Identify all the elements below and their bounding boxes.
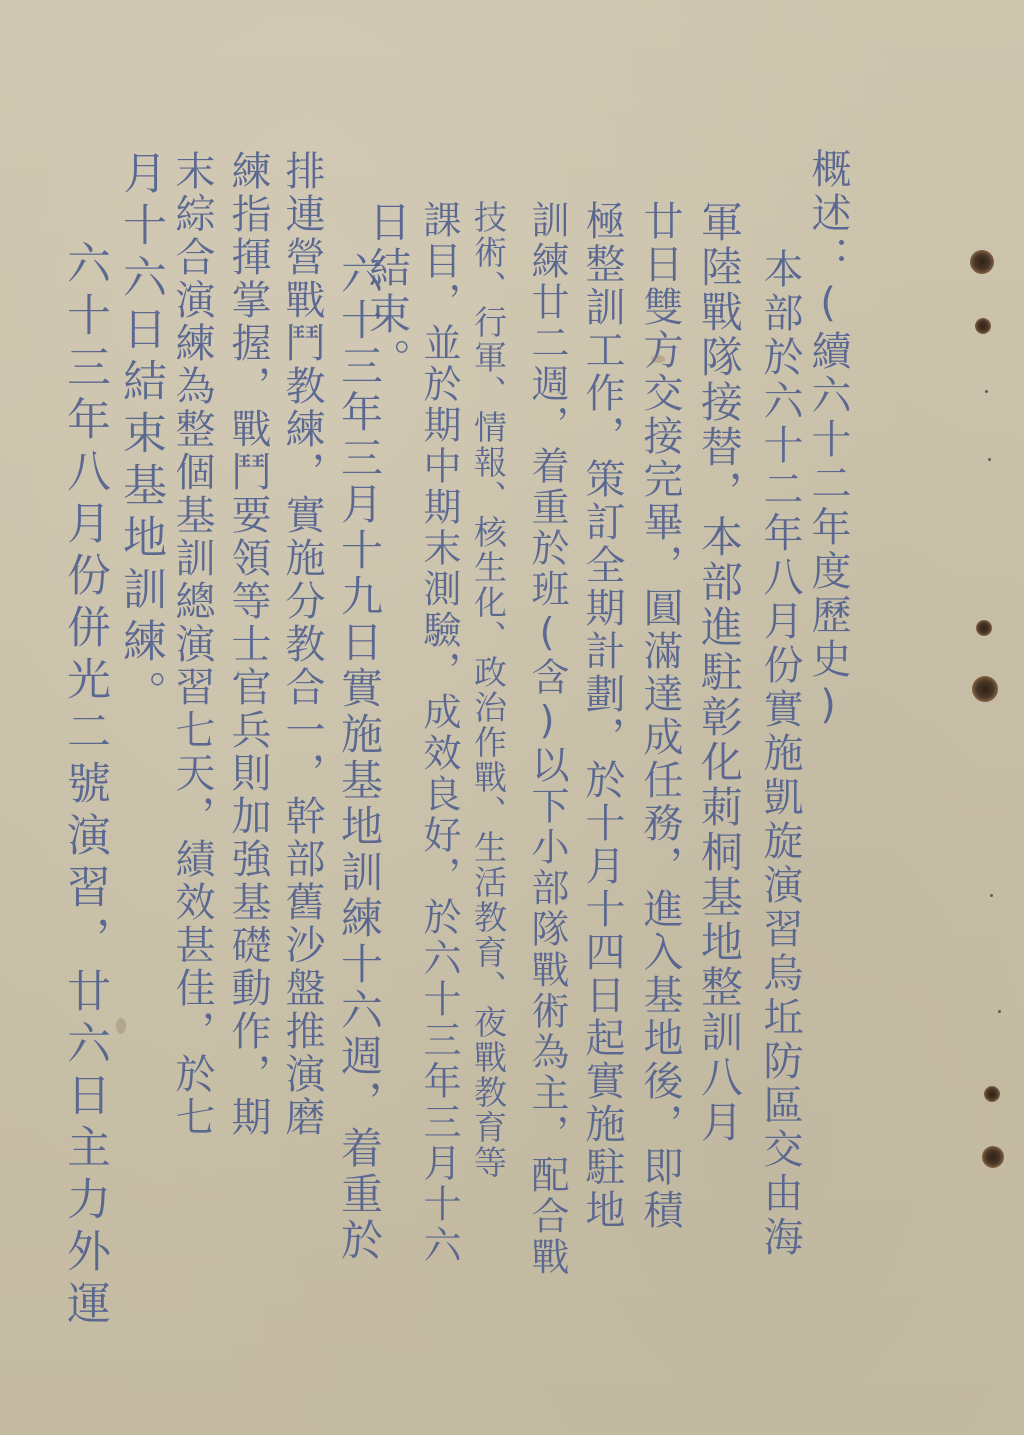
text-column-6: 技術、行軍、情報、核生化、政治作戰、生活教育、夜戰教育等 xyxy=(472,200,505,1180)
paper-speck xyxy=(998,1010,1001,1013)
binder-hole xyxy=(976,620,992,636)
text-column-5: 訓練廿二週，着重於班(含)以下小部隊戰術為主，配合戰 xyxy=(528,200,566,1278)
text-column-12: 末綜合演練為整個基訓總演習七天，績效甚佳，於七 xyxy=(172,150,212,1139)
binder-hole xyxy=(972,676,998,702)
text-column-13: 月十六日結束基地訓練。 xyxy=(118,150,162,722)
heading-column: 概述：(續六十二年度歷史) xyxy=(808,148,848,732)
binder-hole xyxy=(984,1086,1000,1102)
text-column-4: 極整訓工作，策訂全期計劃，於十月十四日起實施駐地 xyxy=(582,200,622,1232)
text-column-14: 六十三年八月份併光二號演習，廿六日主力外運 xyxy=(62,240,106,1332)
binder-hole xyxy=(970,250,994,274)
text-column-9: 六十三年三月十九日實施基地訓練十六週，着重於 xyxy=(338,252,380,1264)
text-column-11: 練指揮掌握，戰鬥要領等士官兵則加強基礎動作，期 xyxy=(228,150,268,1139)
text-column-1: 本部於六十二年八月份實施凱旋演習烏坵防區交由海 xyxy=(760,248,800,1260)
paper-speck xyxy=(985,390,988,393)
paper-stain xyxy=(651,355,665,363)
text-column-7: 課目，並於期中期末測驗，成效良好，於六十三年三月十六 xyxy=(420,200,458,1266)
text-column-10: 排連營戰鬥教練，實施分教合一，幹部舊沙盤推演磨 xyxy=(282,150,322,1139)
text-column-2: 軍陸戰隊接替，本部進駐彰化莿桐基地整訓八月 xyxy=(698,200,740,1145)
document-page: 概述：(續六十二年度歷史) 本部於六十二年八月份實施凱旋演習烏坵防區交由海 軍陸… xyxy=(0,0,1024,1435)
binder-hole xyxy=(975,318,991,334)
paper-stain xyxy=(116,1018,126,1034)
paper-speck xyxy=(988,458,991,461)
paper-speck xyxy=(990,894,993,897)
binder-hole xyxy=(982,1146,1004,1168)
